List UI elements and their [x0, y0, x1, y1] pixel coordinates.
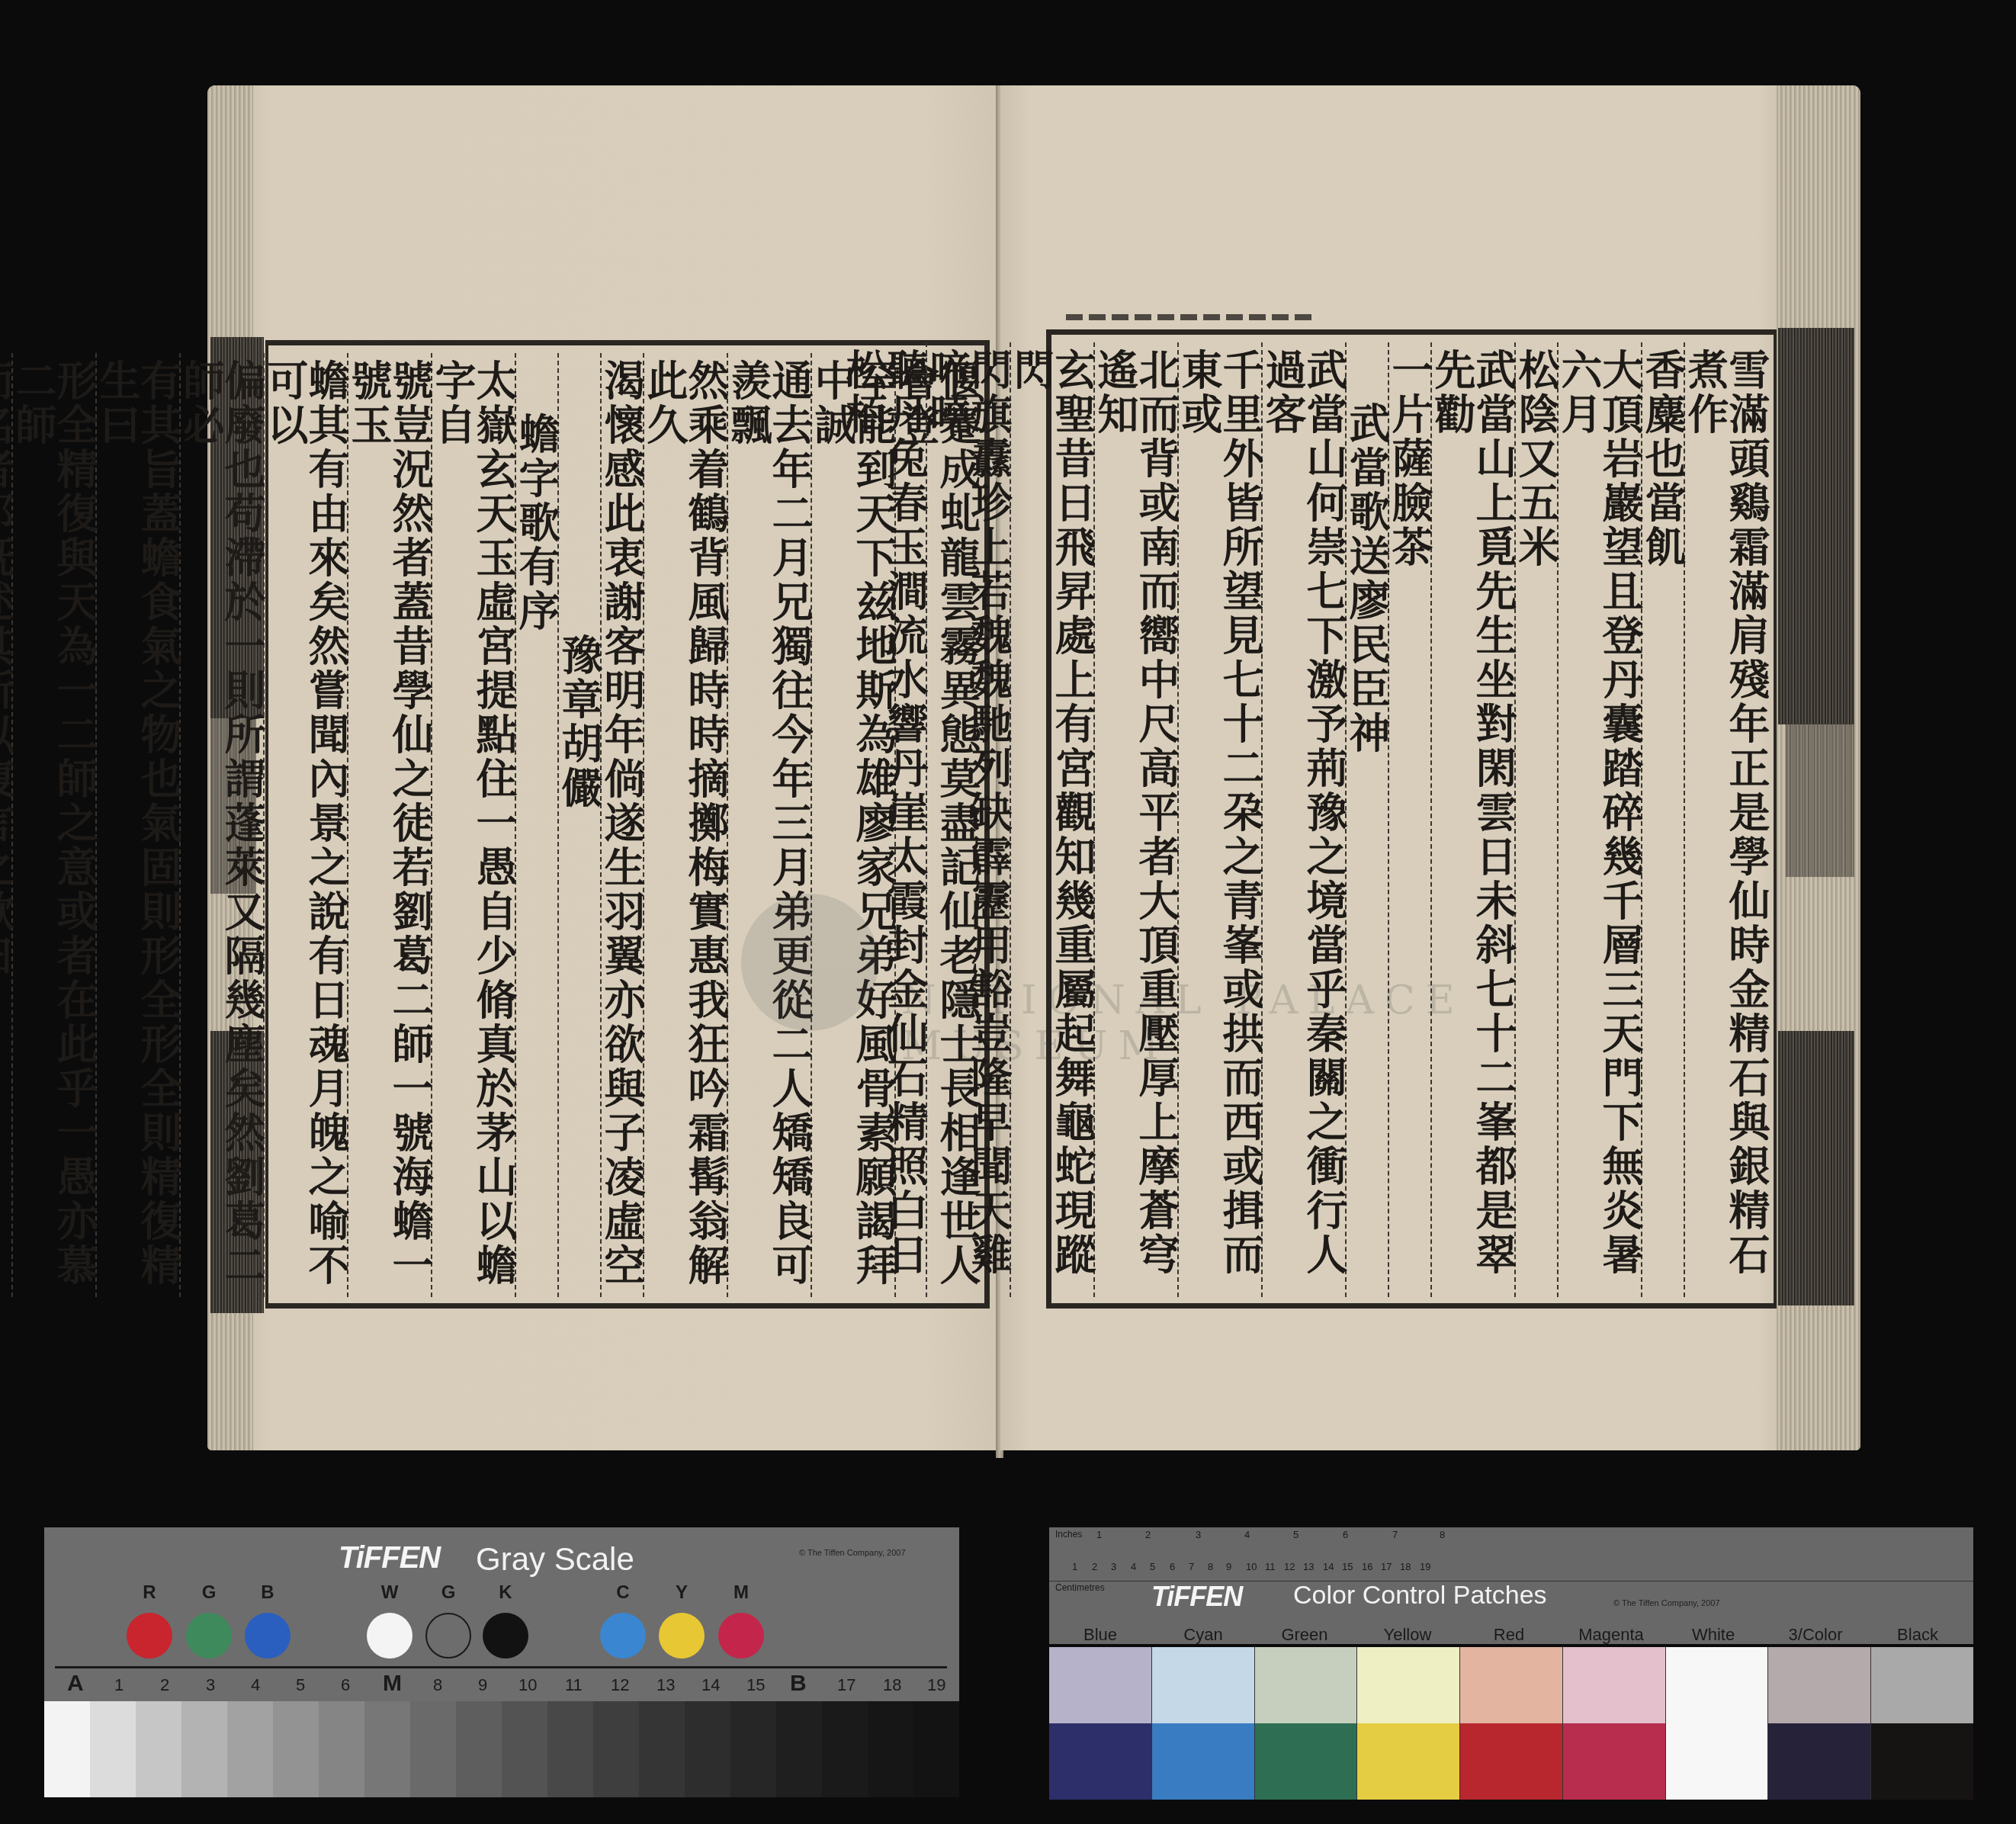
- gray-card-header: TiFFEN Gray Scale © The Tiffen Company, …: [44, 1527, 959, 1701]
- gray-step: [136, 1701, 181, 1797]
- right-edge-ink-bottom: [1778, 1031, 1854, 1305]
- text-column: 閃旗纛珍上若魏魏馳列缺霹靂用豁豈隆早聞天雞啼曉: [926, 342, 1010, 1297]
- patch-black: [1871, 1647, 1973, 1800]
- inches-label: Inches: [1055, 1529, 1082, 1540]
- cm-mark: 9: [1226, 1561, 1231, 1572]
- cm-mark: 15: [1342, 1561, 1353, 1572]
- right-text-columns: 雪滿頭鷄霜滿肩殘年正是學仙時金精石與銀精石煮作 香麋也當飢 大頂岩巖望且登丹囊踏…: [1058, 342, 1767, 1297]
- text-column: 形全精復與天為一二師之意或者在此乎一愚亦慕二師: [11, 353, 95, 1297]
- magenta-dot-icon: [718, 1613, 764, 1659]
- text-column: 武當山何崇七下激予荊豫之境當乎秦關之衝行人過客: [1261, 342, 1345, 1297]
- text-column: 松陰又五米: [1514, 342, 1557, 1297]
- text-column: 雪滿頭鷄霜滿肩殘年正是學仙時金精石與銀精石煮作: [1684, 342, 1767, 1297]
- cm-mark: 11: [1265, 1561, 1276, 1572]
- inch-mark: 6: [1343, 1529, 1348, 1540]
- inch-mark: 3: [1196, 1529, 1201, 1540]
- scale-label: 15: [746, 1675, 765, 1695]
- text-column: 偏廢也苟滯於一則所謂蓬萊又隔幾塵矣然劉葛二師必: [179, 353, 263, 1297]
- gray-step: [181, 1701, 227, 1797]
- inch-mark: 5: [1293, 1529, 1299, 1540]
- cm-mark: 16: [1362, 1561, 1372, 1572]
- dot-label-k: K: [490, 1582, 521, 1604]
- dot-label-g: G: [194, 1582, 224, 1604]
- text-column: 而名者耶既述其所以復言之歌曰: [0, 353, 11, 1297]
- color-patch-grid: [1049, 1647, 1973, 1800]
- gray-card-divider: [55, 1666, 947, 1668]
- dot-label-w: W: [374, 1582, 405, 1604]
- text-column: 聽丹兔春玉澗流水響丹崖太霞封金仙石精照白日松栢: [843, 342, 926, 1297]
- author-column: 豫章胡儼: [557, 353, 600, 1297]
- scale-label: 8: [433, 1675, 442, 1695]
- ruler: Inches Centimetres 1 2 3 4 5 6 7 8 1 2 3…: [1049, 1527, 1973, 1582]
- patch-white: [1666, 1647, 1769, 1800]
- gray-step: [456, 1701, 502, 1797]
- scale-label: 4: [251, 1675, 260, 1695]
- scale-label: 13: [656, 1675, 675, 1695]
- cm-mark: 7: [1189, 1561, 1194, 1572]
- cyan-dot-icon: [600, 1613, 646, 1659]
- scale-label: 2: [160, 1675, 169, 1695]
- gray-step: [273, 1701, 319, 1797]
- tiffen-logo: TiFFEN: [339, 1541, 440, 1575]
- dot-label-b: B: [252, 1582, 283, 1604]
- white-dot-icon: [367, 1613, 413, 1659]
- patch-blue: [1049, 1647, 1152, 1800]
- patch-label-magenta: Magenta: [1562, 1625, 1661, 1645]
- gray-step: [410, 1701, 456, 1797]
- inch-mark: 8: [1440, 1529, 1445, 1540]
- text-column: 有其旨蓋蟾食氣之物也氣固則形全形全則精復精生曰: [95, 353, 179, 1297]
- text-column: 大頂岩巖望且登丹囊踏碎幾千層三天門下無炎暑六月: [1557, 342, 1641, 1297]
- text-column: 武當山上覓先生坐對閑雲日未斜七十二峯都是翠先勸: [1430, 342, 1514, 1297]
- patch-label-red: Red: [1459, 1625, 1559, 1645]
- gray-step: [776, 1701, 822, 1797]
- gray-step: [90, 1701, 136, 1797]
- text-column: 香麋也當飢: [1641, 342, 1684, 1297]
- scale-label: 12: [611, 1675, 629, 1695]
- scale-label: 10: [518, 1675, 537, 1695]
- gray-step: [502, 1701, 547, 1797]
- gray-step: [593, 1701, 639, 1797]
- gray-step: [822, 1701, 868, 1797]
- gray-step: [685, 1701, 730, 1797]
- poem-title-column: 武當歌送廖民臣神: [1345, 342, 1388, 1297]
- gray-step: [730, 1701, 776, 1797]
- cm-mark: 13: [1303, 1561, 1314, 1572]
- scale-label: 14: [701, 1675, 720, 1695]
- scale-label: B: [790, 1671, 807, 1697]
- scale-label: A: [67, 1671, 84, 1697]
- open-book: 偃蹇成虬龍雲霧異態莫盡記仙老隱士長相逢世人會登 罕能到天下兹地斯為雄廖家兄弟好風…: [207, 85, 1860, 1450]
- scale-label: M: [383, 1671, 402, 1697]
- right-top-margin-marks: [1066, 314, 1318, 320]
- inch-mark: 4: [1244, 1529, 1250, 1540]
- patch-green: [1255, 1647, 1358, 1800]
- dot-label-y: Y: [666, 1582, 697, 1604]
- cm-mark: 18: [1400, 1561, 1411, 1572]
- gray-dot-icon: [425, 1613, 471, 1659]
- text-column: 然乘着鶴背風歸時時摘擲梅實惠我狂吟霜髯翁解此久: [643, 353, 727, 1297]
- patch-label-3color: 3/Color: [1766, 1625, 1865, 1645]
- cm-mark: 19: [1420, 1561, 1430, 1572]
- patch-label-green: Green: [1255, 1625, 1354, 1645]
- gray-step: [913, 1701, 959, 1797]
- gray-step: [639, 1701, 685, 1797]
- patch-label-cyan: Cyan: [1154, 1625, 1253, 1645]
- scale-label: 19: [927, 1675, 945, 1695]
- scale-label: 6: [341, 1675, 350, 1695]
- color-card-header: Inches Centimetres 1 2 3 4 5 6 7 8 1 2 3…: [1049, 1527, 1973, 1644]
- inch-mark: 1: [1096, 1529, 1102, 1540]
- scale-label: 11: [565, 1675, 583, 1695]
- patch-label-black: Black: [1868, 1625, 1967, 1645]
- text-column: 渴懷感此衷謝客明年倘遂生羽翼亦欲與子凌虛空: [600, 353, 643, 1297]
- cm-mark: 3: [1111, 1561, 1116, 1572]
- text-column: 太嶽玄天玉虛宮提點住一愚自少脩真於茅山以蟾字自: [431, 353, 515, 1297]
- gray-step-strip: [44, 1701, 959, 1797]
- text-column: 千里外皆所望見七十二朶之青峯或拱而西或揖而東或: [1177, 342, 1261, 1297]
- blue-dot-icon: [245, 1613, 291, 1659]
- patch-label-blue: Blue: [1051, 1625, 1150, 1645]
- text-column: 北而背或南而嚮中尺高平者大頂重壓厚上摩蒼穹遙知: [1093, 342, 1177, 1297]
- dot-label-r: R: [134, 1582, 165, 1604]
- cm-mark: 4: [1131, 1561, 1136, 1572]
- text-column: 號豈況然者蓋昔學仙之徒若劉葛二師一號海蟾一號玉: [347, 353, 431, 1297]
- text-column: 玄聖昔日飛昇處上有宮觀知幾重屬起舞龜蛇現蹤閃: [1010, 342, 1093, 1297]
- gray-step: [227, 1701, 273, 1797]
- scale-label: 1: [114, 1675, 124, 1695]
- patch-3color: [1768, 1647, 1871, 1800]
- text-column: 通去年二月兄獨往今年三月弟更從二人矯矯良可羨飄: [727, 353, 811, 1297]
- text-column: 蟾其有由來矣然嘗聞內景之說有日魂月魄之喻不可以: [263, 353, 347, 1297]
- right-print-frame: 雪滿頭鷄霜滿肩殘年正是學仙時金精石與銀精石煮作 香麋也當飢 大頂岩巖望且登丹囊踏…: [1046, 329, 1777, 1309]
- cm-mark: 12: [1284, 1561, 1295, 1572]
- gray-step: [319, 1701, 364, 1797]
- green-dot-icon: [186, 1613, 232, 1659]
- tiffen-logo: TiFFEN: [1151, 1581, 1242, 1613]
- patch-cyan: [1152, 1647, 1255, 1800]
- scale-label: 18: [883, 1675, 901, 1695]
- yellow-dot-icon: [659, 1613, 705, 1659]
- inch-mark: 7: [1392, 1529, 1398, 1540]
- tiffen-gray-scale-card: TiFFEN Gray Scale © The Tiffen Company, …: [44, 1527, 959, 1802]
- dot-label-m: M: [726, 1582, 756, 1604]
- cm-mark: 8: [1208, 1561, 1213, 1572]
- text-column: 一片薩臉茶: [1388, 342, 1430, 1297]
- color-card-title: Color Control Patches: [1293, 1581, 1547, 1610]
- cm-mark: 17: [1381, 1561, 1392, 1572]
- cm-mark: 10: [1246, 1561, 1257, 1572]
- tiffen-color-control-card: Inches Centimetres 1 2 3 4 5 6 7 8 1 2 3…: [1049, 1527, 1973, 1802]
- scale-label: 17: [837, 1675, 856, 1695]
- centimetres-label: Centimetres: [1055, 1582, 1105, 1593]
- gray-step: [44, 1701, 90, 1797]
- gray-step: [547, 1701, 593, 1797]
- patch-magenta: [1563, 1647, 1666, 1800]
- cm-mark: 6: [1170, 1561, 1175, 1572]
- dot-label-g2: G: [433, 1582, 464, 1604]
- gray-step: [868, 1701, 913, 1797]
- scale-label: 3: [206, 1675, 215, 1695]
- color-card-copyright: © The Tiffen Company, 2007: [1613, 1599, 1720, 1608]
- scale-label: 9: [478, 1675, 487, 1695]
- gray-step: [364, 1701, 410, 1797]
- poem-title-column: 蟾字歌有序: [515, 353, 557, 1297]
- right-edge-ink-top: [1778, 328, 1854, 724]
- patch-yellow: [1357, 1647, 1460, 1800]
- patch-red: [1460, 1647, 1563, 1800]
- dot-label-c: C: [608, 1582, 638, 1604]
- red-dot-icon: [127, 1613, 172, 1659]
- scale-label: 5: [296, 1675, 305, 1695]
- right-edge-ink-mid: [1786, 724, 1854, 877]
- patch-label-white: White: [1664, 1625, 1763, 1645]
- cm-mark: 1: [1072, 1561, 1077, 1572]
- black-dot-icon: [483, 1613, 528, 1659]
- inch-mark: 2: [1145, 1529, 1151, 1540]
- gray-card-copyright: © The Tiffen Company, 2007: [799, 1549, 906, 1558]
- cm-mark: 5: [1150, 1561, 1155, 1572]
- cm-mark: 14: [1323, 1561, 1334, 1572]
- cm-mark: 2: [1092, 1561, 1097, 1572]
- gray-card-title: Gray Scale: [476, 1541, 634, 1578]
- patch-label-yellow: Yellow: [1358, 1625, 1457, 1645]
